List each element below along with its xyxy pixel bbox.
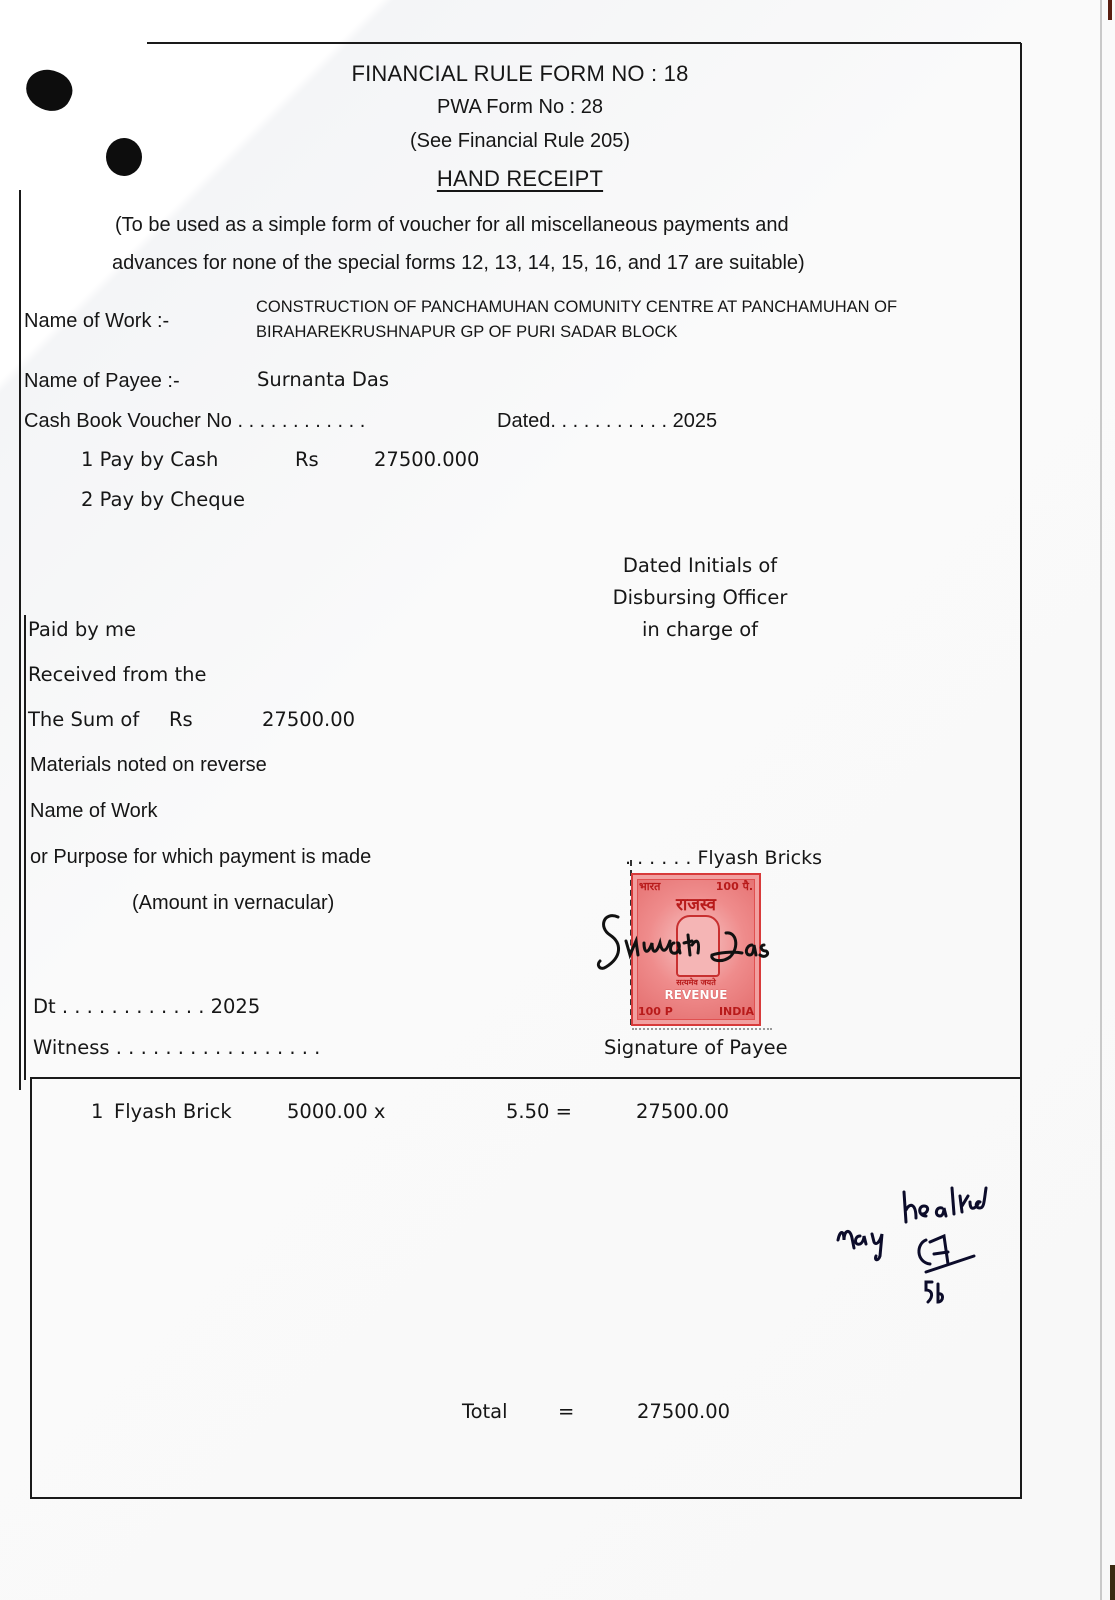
pwa-form-number: PWA Form No : 28: [0, 96, 1040, 119]
page-edge: [1100, 0, 1102, 1600]
stamp-perforation: [632, 1028, 772, 1030]
stamp-denomination: 100 P: [638, 1005, 673, 1018]
officer-line2: Disbursing Officer: [580, 586, 820, 609]
usage-note-line2: advances for none of the special forms 1…: [112, 252, 805, 275]
name-of-work-line: Name of Work: [30, 800, 157, 823]
item-quantity: 5000.00 x: [287, 1100, 385, 1123]
paid-by-me: Paid by me: [28, 618, 136, 641]
usage-note-line1: (To be used as a simple form of voucher …: [115, 214, 789, 237]
received-from: Received from the: [28, 663, 207, 686]
pay-by-cash-currency: Rs: [295, 448, 319, 471]
name-of-work-label: Name of Work :-: [24, 310, 169, 333]
item-amount: 27500.00: [636, 1100, 729, 1123]
form-border-left: [19, 190, 21, 1090]
voucher-dated-field: Dated. . . . . . . . . . . 2025: [497, 410, 717, 433]
total-amount: 27500.00: [637, 1400, 730, 1423]
pay-by-cash-label: 1 Pay by Cash: [81, 448, 218, 471]
witness-field: Witness . . . . . . . . . . . . . . . . …: [33, 1036, 320, 1059]
receipt-title: HAND RECEIPT: [0, 166, 1040, 192]
materials-note: Materials noted on reverse: [30, 754, 267, 777]
total-label: Total: [462, 1400, 508, 1423]
form-title: FINANCIAL RULE FORM NO : 18: [0, 61, 1040, 87]
form-border-top: [147, 42, 1021, 44]
section-divider: [30, 1077, 1022, 1079]
officer-line1: Dated Initials of: [580, 554, 820, 577]
purpose-line: or Purpose for which payment is made: [30, 846, 371, 869]
items-border-left: [30, 1078, 32, 1498]
item-rate: 5.50 =: [506, 1100, 572, 1123]
form-border-right: [1020, 43, 1022, 1100]
signature-of-payee-label: Signature of Payee: [604, 1036, 788, 1059]
items-border-bottom: [30, 1497, 1022, 1499]
pay-by-cheque-label: 2 Pay by Cheque: [81, 488, 245, 511]
items-border-right: [1020, 1078, 1022, 1498]
form-border-left-lower: [24, 615, 26, 1080]
name-of-payee-value: Surnanta Das: [257, 368, 389, 391]
pay-by-cash-amount: 27500.000: [374, 448, 479, 471]
payee-signature: [596, 905, 816, 985]
date-field: Dt . . . . . . . . . . . . 2025: [33, 995, 260, 1018]
name-of-work-value-line2: BIRAHAREKRUSHNAPUR GP OF PURI SADAR BLOC…: [256, 323, 677, 342]
sum-label: The Sum of: [28, 708, 139, 731]
name-of-payee-label: Name of Payee :-: [24, 370, 180, 393]
sum-amount: 27500.00: [262, 708, 355, 731]
page-edge-mark: [1108, 0, 1112, 20]
sum-currency: Rs: [169, 708, 193, 731]
stamp-revenue-text: REVENUE: [633, 988, 759, 1002]
paper-background: [0, 0, 1115, 1600]
page-edge-mark: [1110, 1565, 1115, 1600]
item-index: 1: [91, 1100, 103, 1123]
officer-line3: in charge of: [580, 618, 820, 641]
total-equals: =: [558, 1400, 574, 1423]
stamp-country: INDIA: [719, 1005, 754, 1018]
amount-vernacular: (Amount in vernacular): [132, 892, 334, 915]
payee-purpose: . . . . . . Flyash Bricks: [625, 847, 822, 869]
rule-reference: (See Financial Rule 205): [0, 130, 1040, 153]
name-of-work-value-line1: CONSTRUCTION OF PANCHAMUHAN COMUNITY CEN…: [256, 298, 897, 317]
handwritten-approval-note: [830, 1180, 1010, 1310]
item-name: Flyash Brick: [114, 1100, 232, 1123]
cash-book-voucher-field: Cash Book Voucher No . . . . . . . . . .…: [24, 410, 365, 433]
